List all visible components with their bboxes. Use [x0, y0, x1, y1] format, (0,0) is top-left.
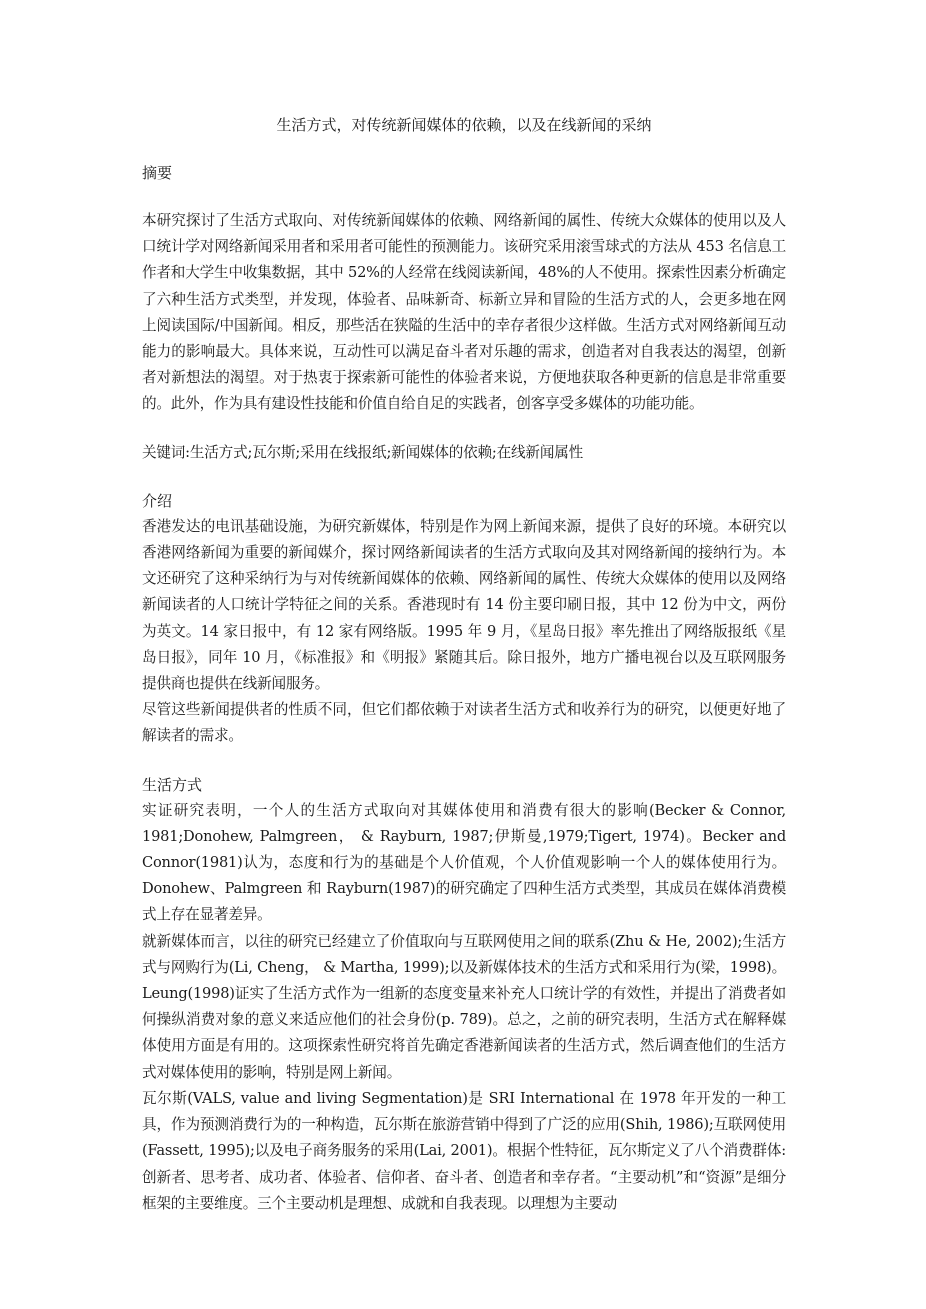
introduction-heading: 介绍 [142, 488, 786, 514]
lifestyle-heading: 生活方式 [142, 772, 786, 798]
abstract-text: 本研究探讨了生活方式取向、对传统新闻媒体的依赖、网络新闻的属性、传统大众媒体的使… [142, 208, 786, 418]
keywords: 关键词:生活方式;瓦尔斯;采用在线报纸;新闻媒体的依赖;在线新闻属性 [142, 440, 786, 466]
introduction-paragraph: 香港发达的电讯基础设施，为研究新媒体，特别是作为网上新闻来源，提供了良好的环境。… [142, 514, 786, 697]
lifestyle-paragraph: 瓦尔斯(VALS, value and living Segmentation)… [142, 1086, 786, 1217]
abstract-heading: 摘要 [142, 160, 786, 186]
document-title: 生活方式，对传统新闻媒体的依赖，以及在线新闻的采纳 [142, 112, 786, 138]
lifestyle-paragraph: 就新媒体而言，以往的研究已经建立了价值取向与互联网使用之间的联系(Zhu & H… [142, 929, 786, 1086]
document-page: 生活方式，对传统新闻媒体的依赖，以及在线新闻的采纳 摘要 本研究探讨了生活方式取… [142, 112, 786, 1217]
introduction-paragraph: 尽管这些新闻提供者的性质不同，但它们都依赖于对读者生活方式和收养行为的研究，以便… [142, 697, 786, 749]
lifestyle-paragraph: 实证研究表明，一个人的生活方式取向对其媒体使用和消费有很大的影响(Becker … [142, 798, 786, 929]
